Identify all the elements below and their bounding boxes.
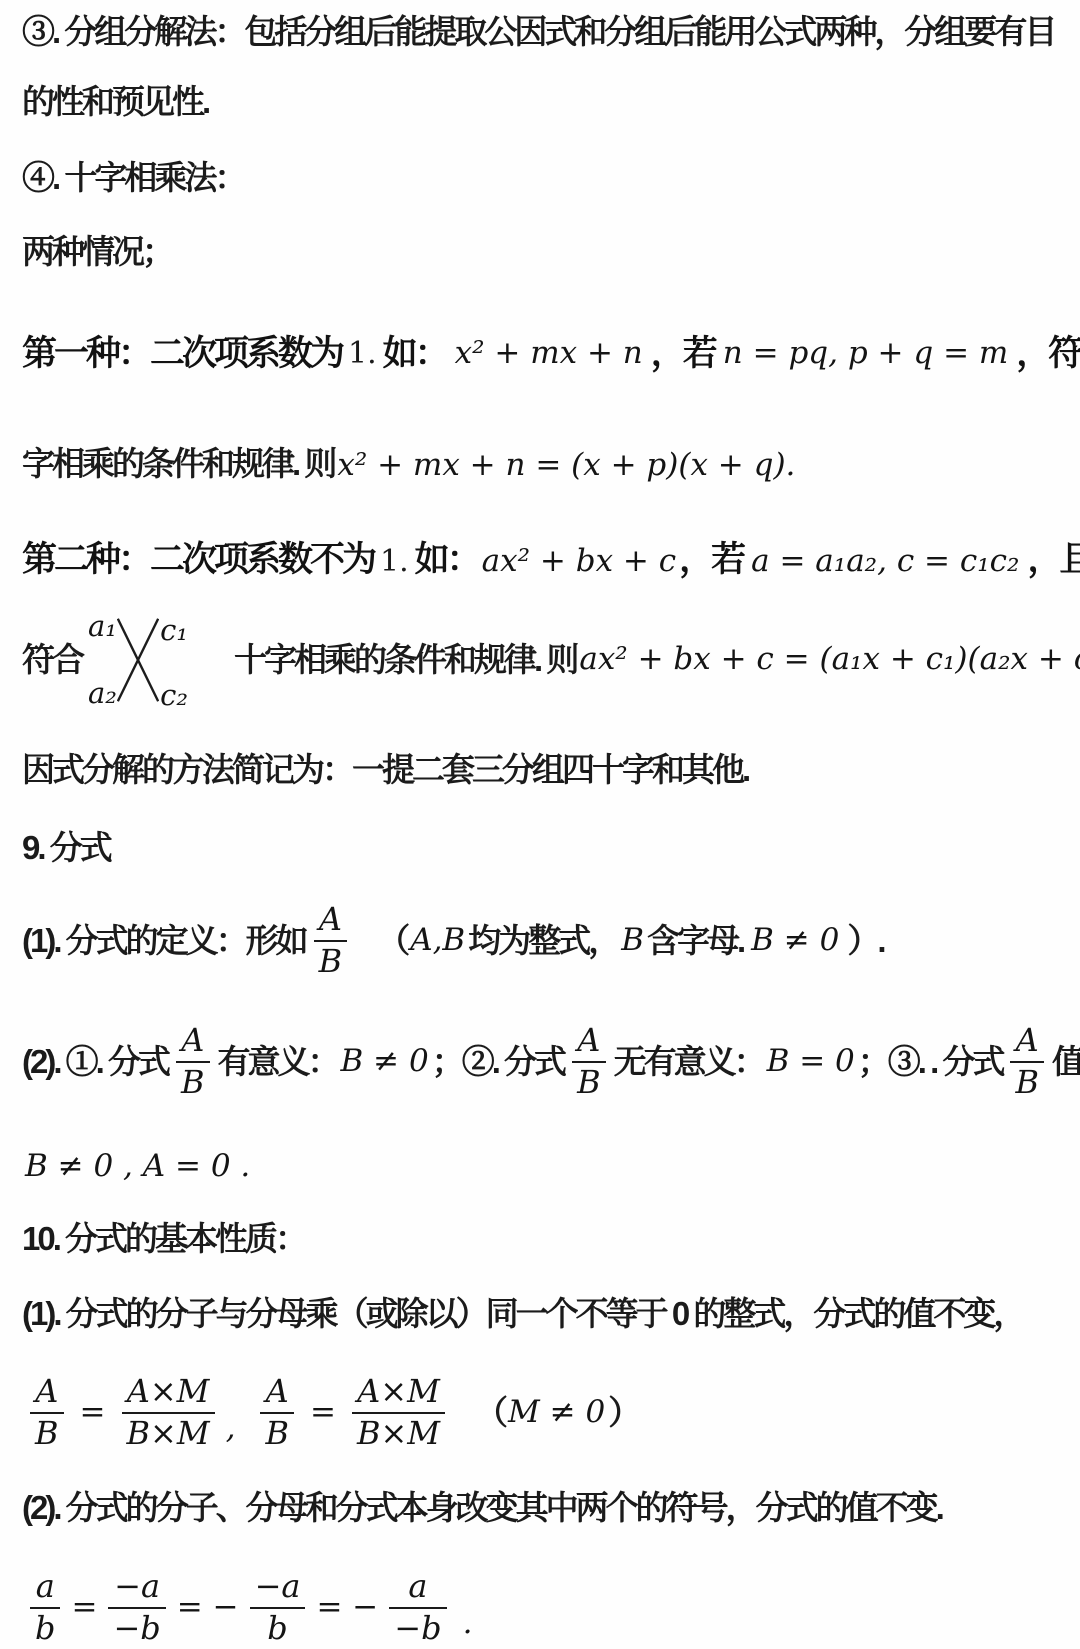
math-run: ax² + bx + c = (a₁x + c₁)(a₂x + c₂). [579,642,1080,678]
heading-section-10-properties: 10. 分式的基本性质： [22,1217,305,1268]
paragraph-case1-line1: 第一种：二次项系数为 1. 如： x² + mx + n ，若 n = pq, … [22,306,1080,402]
text-run: 如： [415,540,479,579]
formula-fraction-zero-condition: B ≠ 0 , A = 0 . [22,1144,253,1194]
math-run: M ≠ 0 [508,1395,605,1431]
fraction: A B [1010,1023,1044,1101]
text-run: 符合 [22,641,82,679]
comma-separator: , [226,1411,236,1455]
math-run: x² + mx + n [455,336,643,372]
document-page: ③. 分组分解法：包括分组后能提取公因式和分组后能用公式两种，分组要有目 的性和… [0,0,1080,1649]
text-run: （ [377,922,407,960]
fraction: −a −b [108,1569,165,1647]
math-run: x² + mx + n = (x + p)(x + q). [337,447,795,483]
equals-sign: = [71,1590,97,1626]
fraction-numerator: A [1011,1023,1044,1059]
fraction-numerator: A [261,1374,294,1410]
fraction: a −b [389,1569,446,1647]
fraction-denominator: B [1010,1065,1044,1101]
fraction-denominator: b [262,1611,292,1647]
text-run: (1). 分式的定义：形如 [22,922,306,960]
text-run: 两种情况； [22,233,172,270]
math-run: B ≠ 0 , A = 0 . [25,1148,250,1184]
paragraph-case1-line2: 字相乘的条件和规律. 则x² + mx + n = (x + p)(x + q)… [22,442,798,493]
cross-label-bottom-left: a₂ [88,679,117,708]
paragraph-two-cases: 两种情况； [22,230,172,281]
fraction-denominator: B×M [352,1416,445,1452]
number-run: 1. [348,337,377,372]
fraction-denominator: B×M [122,1416,215,1452]
math-run: n = pq, p + q = m [723,336,1009,372]
fraction-numerator: A×M [122,1374,215,1410]
equals-sign: = [80,1395,106,1431]
fraction: −a b [250,1569,306,1647]
paragraph-property-1: (1). 分式的分子与分母乘（或除以）同一个不等于 0 的整式，分式的值不变， [22,1292,1023,1343]
math-run: ax² + bx + c [482,543,676,579]
heading-section-9-fractions: 9. 分式 [22,826,110,877]
paren-close: ） [608,1394,638,1432]
math-run: B = 0 [767,1044,855,1080]
paragraph-case2-line1: 第二种：二次项系数不为1.如：ax² + bx + c，若a = a₁a₂, c… [22,538,1080,589]
formula-property-2: a b = −a −b = − −a b = − a −b . [22,1566,480,1649]
text-run: 值为 0： [1052,1043,1080,1081]
text-run: ，若 [679,540,743,579]
cross-multiplication-diagram-2: a₁ c₁ a₂ c₂ [88,614,188,706]
math-run: B [621,923,644,959]
fraction: a b [30,1569,60,1647]
fraction-denominator: B [30,1416,64,1452]
text-run: ④. 十字相乘法： [22,159,244,196]
text-run: 无有意义： [614,1043,764,1081]
text-run: ）. [847,922,883,960]
text-run: ；②. 分式 [432,1043,564,1081]
math-run: B ≠ 0 [751,923,839,959]
paragraph-fraction-cases: (2). ①. 分式 A B 有意义： B ≠ 0 ；②. 分式 A B 无有意… [22,1016,1080,1108]
paren-open: （ [475,1394,505,1432]
fraction-denominator: B [176,1065,210,1101]
text-run: 第二种：二次项系数不为 [22,540,374,579]
text-run: 均为整式， [468,922,618,960]
cross-label-bottom-right: c₂ [160,681,188,710]
cross-lines-icon [117,617,159,703]
text-run: (1). 分式的分子与分母乘（或除以）同一个不等于 0 的整式，分式的值不变， [22,1295,1023,1332]
math-run: B ≠ 0 [341,1044,429,1080]
text-run: 第一种：二次项系数为 [22,334,342,374]
paragraph-fraction-definition: (1). 分式的定义：形如 A B （ A,B 均为整式， B 含字母. B ≠… [22,897,884,985]
text-run: 字相乘的条件和规律. 则 [22,445,334,482]
paragraph-grouping-method-line2: 的性和预见性. [22,80,208,131]
equals-minus-sign: = − [316,1590,378,1626]
fraction-numerator: a [403,1569,432,1605]
fraction-numerator: A [314,902,347,938]
fraction: A B [176,1023,210,1101]
paragraph-property-2: (2). 分式的分子、分母和分式本身改变其中两个的符号，分式的值不变. [22,1486,942,1537]
text-run: 10. 分式的基本性质： [22,1220,305,1257]
text-run: ；③. . 分式 [858,1043,1003,1081]
text-run: 有意义： [218,1043,338,1081]
text-run: ，且 [1027,540,1080,579]
formula-property-1: A B = A×M B×M , A B = A×M B×M （ M ≠ 0 ） [22,1371,638,1455]
fraction-denominator: b [30,1611,60,1647]
paragraph-case2-line2: 符合 a₁ c₁ a₂ c₂ 十字相乘的条件和规律. 则 ax² + bx + … [22,612,1080,708]
period: . [463,1606,473,1649]
text-run: ，符合 [1016,334,1080,374]
fraction-numerator: A×M [352,1374,445,1410]
fraction-numerator: −a [250,1569,306,1605]
number-run: 1. [380,544,409,579]
fraction-numerator: A [30,1374,63,1410]
equals-minus-sign: = − [177,1590,239,1626]
fraction-denominator: −b [389,1611,446,1647]
text-run: (2). 分式的分子、分母和分式本身改变其中两个的符号，分式的值不变. [22,1489,942,1526]
fraction-denominator: −b [108,1611,165,1647]
text-run: 含字母. [647,922,743,960]
text-run: 的性和预见性. [22,83,208,120]
math-run: A,B [410,923,465,959]
fraction: A B [30,1374,64,1452]
fraction: A B [572,1023,606,1101]
fraction-numerator: A [176,1023,209,1059]
paragraph-factorization-summary: 因式分解的方法简记为：一提二套三分组四十字和其他. [22,748,748,799]
paragraph-grouping-method-line1: ③. 分组分解法：包括分组后能提取公因式和分组后能用公式两种，分组要有目 [22,10,1054,61]
equals-sign: = [310,1395,336,1431]
text-run: 如： [383,334,447,374]
fraction: A B [260,1374,294,1452]
fraction: A B [314,902,348,980]
cross-label-top-right: c₁ [160,616,188,645]
fraction-numerator: −a [109,1569,165,1605]
fraction-denominator: B [260,1416,294,1452]
cross-label-top-left: a₁ [88,612,117,641]
text-run: ，若 [651,334,715,374]
text-run: 十字相乘的条件和规律. 则 [234,641,576,679]
text-run: 因式分解的方法简记为：一提二套三分组四十字和其他. [22,751,748,788]
fraction-denominator: B [314,944,348,980]
fraction-numerator: A [572,1023,605,1059]
text-run: 9. 分式 [22,829,110,866]
heading-cross-multiplication: ④. 十字相乘法： [22,156,244,207]
fraction-denominator: B [572,1065,606,1101]
math-run: a = a₁a₂, c = c₁c₂ [751,543,1019,579]
text-run: ③. 分组分解法：包括分组后能提取公因式和分组后能用公式两种，分组要有目 [22,13,1054,50]
text-run: (2). ①. 分式 [22,1043,168,1081]
fraction: A×M B×M [122,1374,215,1452]
fraction-numerator: a [31,1569,60,1605]
fraction: A×M B×M [352,1374,445,1452]
